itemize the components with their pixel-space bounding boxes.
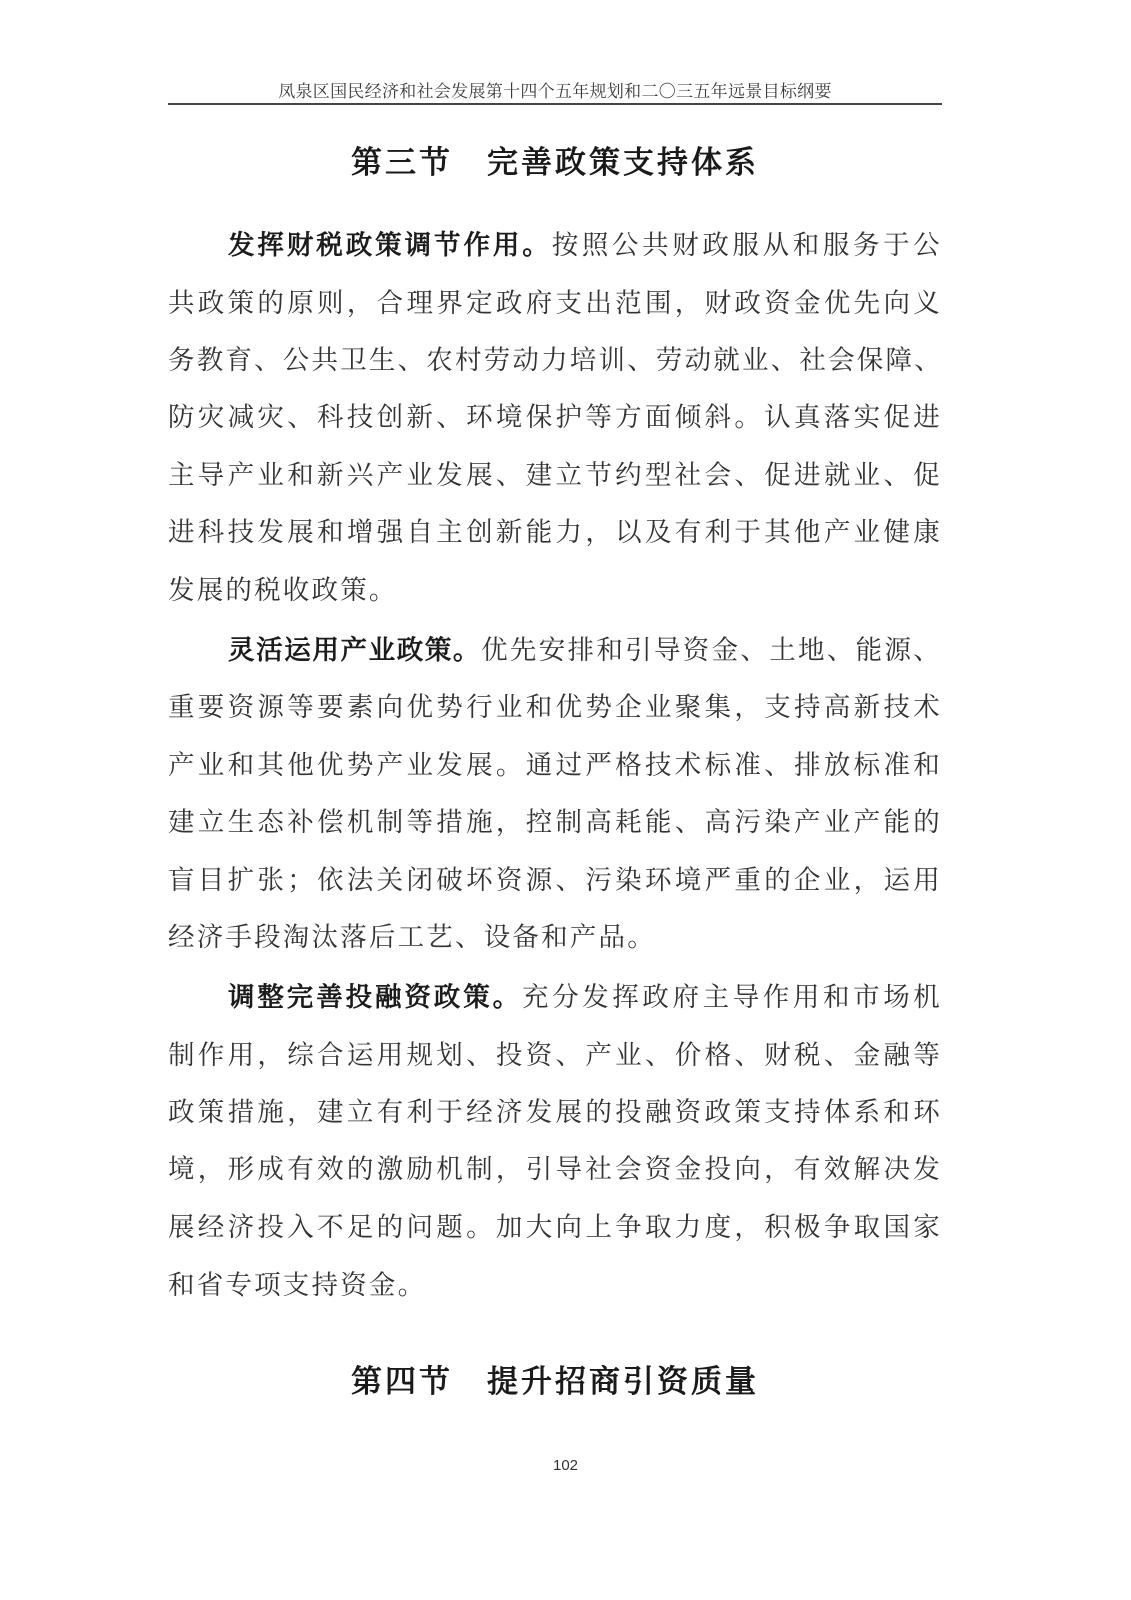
paragraph-1-line-3: 务教育、公共卫生、农村劳动力培训、劳动就业、社会保障、 (168, 341, 942, 381)
section-number: 第四节 (351, 1364, 453, 1400)
paragraph-3-line-5: 展经济投入不足的问题。加大向上争取力度，积极争取国家 (168, 1208, 942, 1248)
paragraph-text: 充分发挥政府主导作用和市场机 (522, 982, 942, 1013)
paragraph-3-line-3: 政策措施，建立有利于经济发展的投融资政策支持体系和环 (168, 1093, 942, 1133)
paragraph-1-line-6: 进科技发展和增强自主创新能力，以及有利于其他产业健康 (168, 513, 942, 553)
paragraph-3-line-1: 调整完善投融资政策。充分发挥政府主导作用和市场机 (168, 978, 942, 1018)
page-number: 102 (0, 1457, 1131, 1474)
paragraph-lead: 灵活运用产业政策。 (228, 635, 481, 666)
section-heading: 提升招商引资质量 (487, 1364, 759, 1400)
paragraph-1-line-2: 共政策的原则，合理界定政府支出范围，财政资金优先向义 (168, 284, 942, 324)
section-heading: 完善政策支持体系 (487, 145, 759, 181)
paragraph-1-line-1: 发挥财税政策调节作用。按照公共财政服从和服务于公 (168, 226, 942, 266)
paragraph-text: 优先安排和引导资金、土地、能源、 (481, 635, 942, 666)
paragraph-text: 按照公共财政服从和服务于公 (552, 230, 942, 261)
document-page: 凤泉区国民经济和社会发展第十四个五年规划和二〇三五年远景目标纲要 第三节完善政策… (0, 0, 1131, 1600)
paragraph-lead: 调整完善投融资政策。 (228, 982, 522, 1013)
paragraph-3-line-6: 和省专项支持资金。 (168, 1266, 942, 1306)
paragraph-2-line-6: 经济手段淘汰落后工艺、设备和产品。 (168, 918, 942, 958)
paragraph-2-line-4: 建立生态补偿机制等措施，控制高耗能、高污染产业产能的 (168, 803, 942, 843)
paragraph-2-line-3: 产业和其他优势产业发展。通过严格技术标准、排放标准和 (168, 746, 942, 786)
paragraph-1-line-4: 防灾减灾、科技创新、环境保护等方面倾斜。认真落实促进 (168, 398, 942, 438)
paragraph-1-line-5: 主导产业和新兴产业发展、建立节约型社会、促进就业、促 (168, 456, 942, 496)
paragraph-2-line-2: 重要资源等要素向优势行业和优势企业聚集，支持高新技术 (168, 688, 942, 728)
section-number: 第三节 (351, 145, 453, 181)
paragraph-lead: 发挥财税政策调节作用。 (228, 230, 552, 261)
paragraph-2-line-5: 盲目扩张；依法关闭破坏资源、污染环境严重的企业，运用 (168, 861, 942, 901)
paragraph-3-line-2: 制作用，综合运用规划、投资、产业、价格、财税、金融等 (168, 1036, 942, 1076)
section-title-3: 第三节完善政策支持体系 (168, 137, 942, 182)
running-header: 凤泉区国民经济和社会发展第十四个五年规划和二〇三五年远景目标纲要 (168, 77, 942, 102)
header-rule (168, 103, 942, 105)
section-title-4: 第四节提升招商引资质量 (168, 1356, 942, 1401)
paragraph-2-line-1: 灵活运用产业政策。优先安排和引导资金、土地、能源、 (168, 631, 942, 671)
paragraph-1-line-7: 发展的税收政策。 (168, 571, 942, 611)
paragraph-3-line-4: 境，形成有效的激励机制，引导社会资金投向，有效解决发 (168, 1150, 942, 1190)
